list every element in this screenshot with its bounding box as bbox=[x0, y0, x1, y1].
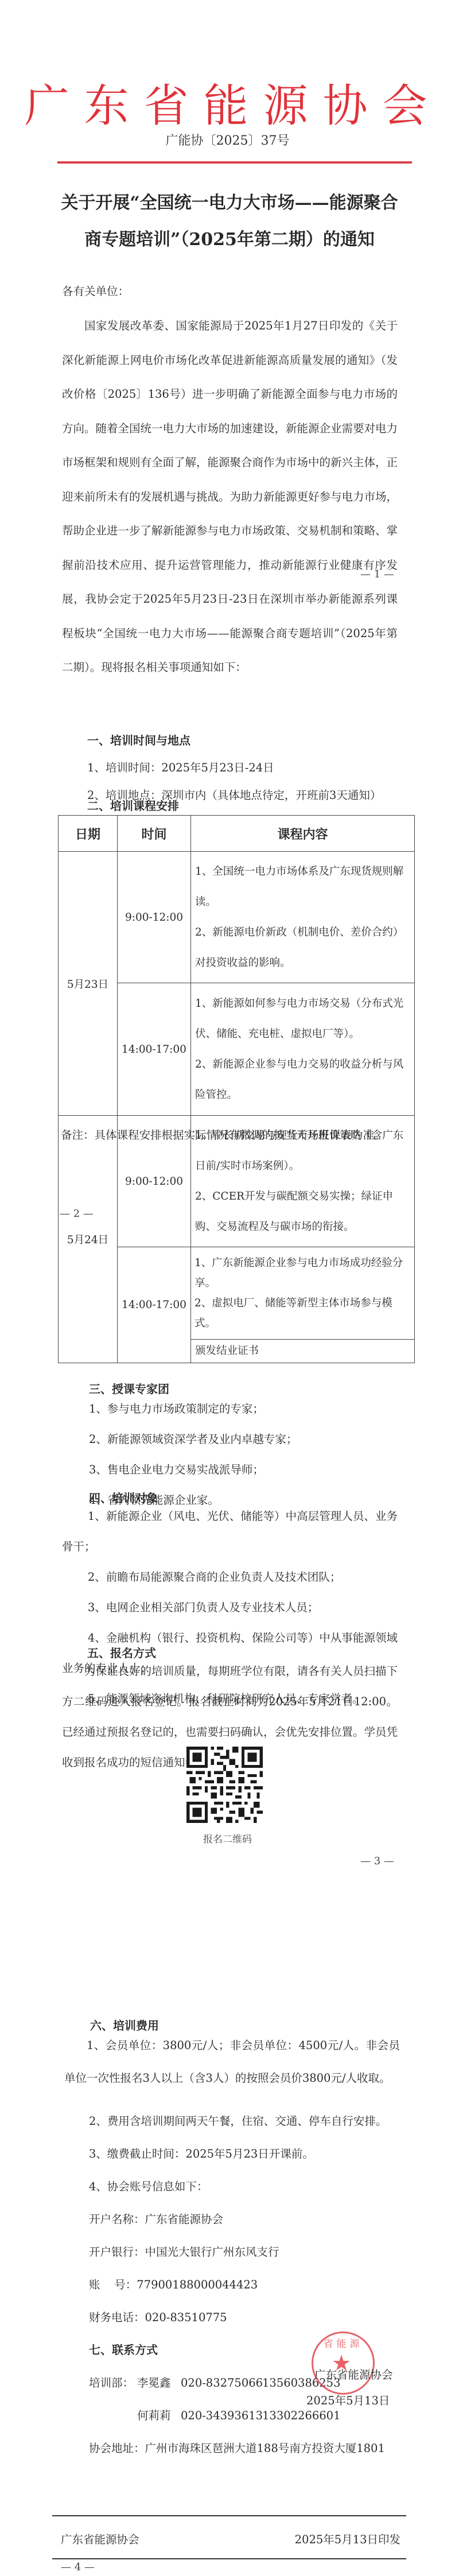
date-cell: 5月24日 bbox=[59, 1116, 118, 1363]
account-name-label: 开户名称： bbox=[89, 2213, 145, 2226]
contact-tel: 020-83275066 bbox=[181, 2366, 262, 2399]
title-line-2: 商专题培训”（2025年第二期）的通知 bbox=[57, 222, 402, 258]
contact-name: 何莉莉 bbox=[137, 2399, 181, 2432]
footer-top-rule bbox=[52, 2515, 406, 2516]
account-bank-row: 开户银行：中国光大银行广州东风支行 bbox=[89, 2236, 433, 2268]
content-cell: 1、全国统一电力市场体系及广东现货规则解读。 2、新能源电价新政（机制电价、差价… bbox=[191, 852, 415, 983]
account-bank: 中国光大银行广州东风支行 bbox=[145, 2245, 279, 2259]
course-item: 2、新能源企业参与电力交易的收益分析与风险管控。 bbox=[195, 1049, 411, 1110]
course-item: 1、广东新能源企业参与电力市场成功经验分享。 bbox=[195, 1253, 411, 1293]
content-cell: 1、新能源如何参与电力市场交易（分布式光伏、储能、充电桩、虚拟电厂等）。 2、新… bbox=[191, 983, 415, 1116]
course-item: 2、CCER开发与碳配额交易实操；绿证申购、交易流程及与碳市场的衔接。 bbox=[195, 1181, 411, 1242]
audience-item: 2、前瞻布局能源聚合商的企业负责人及技术团队； bbox=[62, 1562, 398, 1592]
footer-org: 广东省能源协会 bbox=[61, 2528, 176, 2551]
page-number-2: — 2 — bbox=[60, 1208, 94, 1220]
section1-heading: 一、培训时间与地点 bbox=[87, 729, 431, 752]
title-line-1: 关于开展“全国统一电力大市场——能源聚合 bbox=[57, 185, 402, 222]
red-divider bbox=[57, 161, 412, 164]
qr-caption: 报名二维码 bbox=[0, 1831, 455, 1845]
table-row: 5月23日 9:00-12:00 1、全国统一电力市场体系及广东现货规则解读。 … bbox=[59, 852, 415, 983]
masthead-org-name: 广东省能源协会 bbox=[0, 80, 455, 132]
contact-dept-label: 培训部： bbox=[89, 2366, 137, 2399]
section2-heading: 二、培训课程安排 bbox=[87, 796, 431, 816]
contact-tel: 020-34393613 bbox=[181, 2399, 262, 2432]
signature-date: 2025年5月13日 bbox=[306, 2389, 410, 2412]
address: 广州市海珠区琶洲大道188号南方投资大厦1801 bbox=[145, 2442, 385, 2455]
footer-bottom-rule bbox=[52, 2558, 406, 2559]
account-number-label: 账 号： bbox=[89, 2278, 137, 2291]
content-cell: 1、广东新能源企业参与电力市场成功经验分享。 2、虚拟电厂、储能等新型主体市场参… bbox=[191, 1247, 415, 1340]
header-content: 课程内容 bbox=[191, 816, 415, 852]
page-number-1: — 1 — bbox=[360, 568, 394, 580]
qr-code-icon bbox=[186, 1747, 263, 1823]
registration-qr-code[interactable] bbox=[186, 1747, 263, 1823]
address-row: 协会地址：广州市海珠区琶洲大道188号南方投资大厦1801 bbox=[89, 2432, 433, 2465]
section1-item: 1、培训时间：2025年5月23日-24日 bbox=[87, 756, 431, 779]
account-number-row: 账 号：77900188000044423 bbox=[89, 2268, 433, 2301]
date-cell: 5月23日 bbox=[59, 852, 118, 1116]
fee-item: 2、费用含培训期间两天午餐，住宿、交通、停车自行安排。 bbox=[89, 2105, 433, 2137]
schedule-note: 备注：具体课程安排根据实际情况有微调的按当天开班课表为准。 bbox=[61, 1124, 405, 1147]
page-number-3: — 3 — bbox=[360, 1855, 394, 1867]
audience-item: 3、电网企业相关部门负责人及专业技术人员； bbox=[62, 1592, 398, 1623]
fee-item: 3、缴费截止时间：2025年5月23日开课前。 bbox=[89, 2137, 433, 2170]
certificate-cell: 颁发结业证书 bbox=[191, 1340, 415, 1363]
finance-phone-label: 财务电话： bbox=[89, 2311, 145, 2324]
address-label: 协会地址： bbox=[89, 2442, 145, 2455]
expert-item: 2、新能源领域资深学者及业内卓越专家； bbox=[89, 1424, 433, 1454]
course-item: 1、新能源如何参与电力市场交易（分布式光伏、储能、充电桩、虚拟电厂等）。 bbox=[195, 988, 411, 1049]
account-number: 77900188000044423 bbox=[137, 2278, 258, 2291]
course-item: 2、虚拟电厂、储能等新型主体市场参与模式。 bbox=[195, 1293, 411, 1333]
signature-org: 广东省能源协会 bbox=[314, 2364, 406, 2387]
finance-phone: 020-83510775 bbox=[145, 2311, 227, 2324]
table-header-row: 日期 时间 课程内容 bbox=[59, 816, 415, 852]
footer-issued-date: 2025年5月13日印发 bbox=[274, 2528, 400, 2551]
account-name: 广东省能源协会 bbox=[145, 2213, 224, 2226]
document-title: 关于开展“全国统一电力大市场——能源聚合 商专题培训”（2025年第二期）的通知 bbox=[57, 185, 402, 258]
audience-item: 1、新能源企业（风电、光伏、储能等）中高层管理人员、业务骨干； bbox=[62, 1501, 398, 1562]
seal-text: 省能源 bbox=[318, 2336, 368, 2350]
finance-phone-row: 财务电话：020-83510775 bbox=[89, 2301, 433, 2334]
intro-paragraph: 国家发展改革委、国家能源局于2025年1月27日印发的《关于深化新能源上网电价市… bbox=[62, 309, 398, 685]
time-cell: 14:00-17:00 bbox=[118, 1247, 191, 1363]
account-bank-label: 开户银行： bbox=[89, 2245, 145, 2259]
page-number-4: — 4 — bbox=[61, 2561, 95, 2573]
salutation: 各有关单位： bbox=[62, 274, 398, 309]
account-name-row: 开户名称：广东省能源协会 bbox=[89, 2203, 433, 2236]
course-schedule-table: 日期 时间 课程内容 5月23日 9:00-12:00 1、全国统一电力市场体系… bbox=[58, 815, 415, 1363]
fee-item: 4、协会账号信息如下： bbox=[89, 2170, 433, 2203]
time-cell: 14:00-17:00 bbox=[118, 983, 191, 1116]
course-item: 2、新能源电价新政（机制电价、差价合约）对投资收益的影响。 bbox=[195, 917, 411, 978]
fee-text: 1、会员单位：3800元/人；非会员单位：4500元/人。非会员单位一次性报名3… bbox=[64, 2029, 400, 2094]
time-cell: 9:00-12:00 bbox=[118, 852, 191, 983]
header-time: 时间 bbox=[118, 816, 191, 852]
section7-heading: 七、联系方式 bbox=[89, 2334, 433, 2366]
expert-item: 1、参与电力市场政策制定的专家； bbox=[89, 1394, 433, 1424]
contact-name: 李冕鑫 bbox=[137, 2366, 181, 2399]
document-number: 广能协〔2025〕37号 bbox=[0, 131, 455, 149]
header-date: 日期 bbox=[59, 816, 118, 852]
course-item: 1、全国统一电力市场体系及广东现货规则解读。 bbox=[195, 856, 411, 917]
